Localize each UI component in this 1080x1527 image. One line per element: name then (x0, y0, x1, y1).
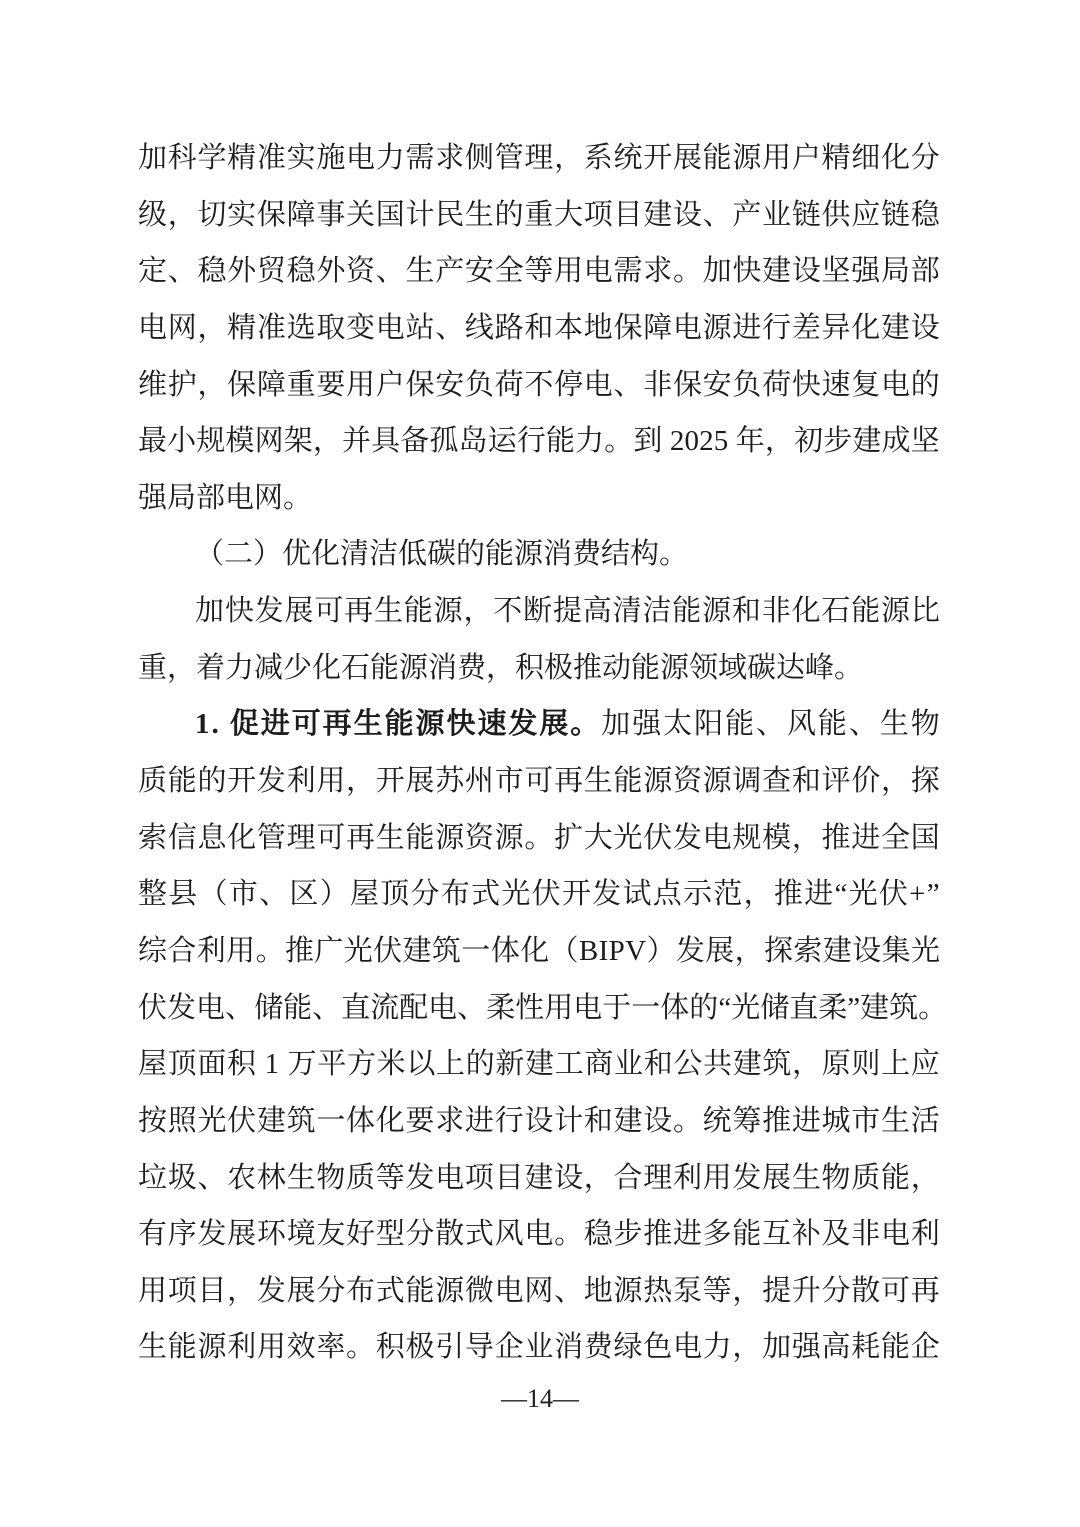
text-line: 按照光伏建筑一体化要求进行设计和建设。统筹推进城市生活 (138, 1093, 940, 1150)
text-line: 生能源利用效率。积极引导企业消费绿色电力，加强高耗能企 (138, 1319, 940, 1376)
text-line: 最小规模网架，并具备孤岛运行能力。到 2025 年，初步建成坚 (138, 413, 940, 470)
text-line: （二）优化清洁低碳的能源消费结构。 (138, 526, 940, 583)
text-line: 维护，保障重要用户保安负荷不停电、非保安负荷快速复电的 (138, 357, 940, 414)
text-line: 综合利用。推广光伏建筑一体化（BIPV）发展，探索建设集光 (138, 923, 940, 980)
text-line: 有序发展环境友好型分散式风电。稳步推进多能互补及非电利 (138, 1206, 940, 1263)
text-line: 用项目，发展分布式能源微电网、地源热泵等，提升分散可再 (138, 1263, 940, 1320)
text-line: 屋顶面积 1 万平方米以上的新建工商业和公共建筑，原则上应 (138, 1036, 940, 1093)
text-line: 重，着力减少化石能源消费，积极推动能源领域碳达峰。 (138, 640, 940, 697)
text-line: 整县（市、区）屋顶分布式光伏开发试点示范，推进“光伏+” (138, 866, 940, 923)
text-line: 加科学精准实施电力需求侧管理，系统开展能源用户精细化分 (138, 130, 940, 187)
document-body: 加科学精准实施电力需求侧管理，系统开展能源用户精细化分级，切实保障事关国计民生的… (138, 130, 940, 1376)
text-line: 伏发电、储能、直流配电、柔性用电于一体的“光储直柔”建筑。 (138, 980, 940, 1037)
text-run: 重，着力减少化石能源消费，积极推动能源领域碳达峰。 (138, 652, 863, 684)
text-line: 质能的开发利用，开展苏州市可再生能源资源调查和评价，探 (138, 753, 940, 810)
page-number: —14— (0, 1384, 1080, 1414)
text-line: 电网，精准选取变电站、线路和本地保障电源进行差异化建设 (138, 300, 940, 357)
text-line: 垃圾、农林生物质等发电项目建设，合理利用发展生物质能， (138, 1150, 940, 1207)
document-page: 加科学精准实施电力需求侧管理，系统开展能源用户精细化分级，切实保障事关国计民生的… (0, 0, 1080, 1527)
text-line: 定、稳外贸稳外资、生产安全等用电需求。加快建设坚强局部 (138, 243, 940, 300)
text-line: 强局部电网。 (138, 470, 940, 527)
text-line: 1. 促进可再生能源快速发展。加强太阳能、风能、生物 (138, 696, 940, 753)
text-line: 索信息化管理可再生能源资源。扩大光伏发电规模，推进全国 (138, 810, 940, 867)
text-run: 强局部电网。 (138, 482, 312, 514)
text-line: 加快发展可再生能源，不断提高清洁能源和非化石能源比 (138, 583, 940, 640)
text-line: 级，切实保障事关国计民生的重大项目建设、产业链供应链稳 (138, 187, 940, 244)
text-run: （二）优化清洁低碳的能源消费结构。 (195, 538, 688, 570)
